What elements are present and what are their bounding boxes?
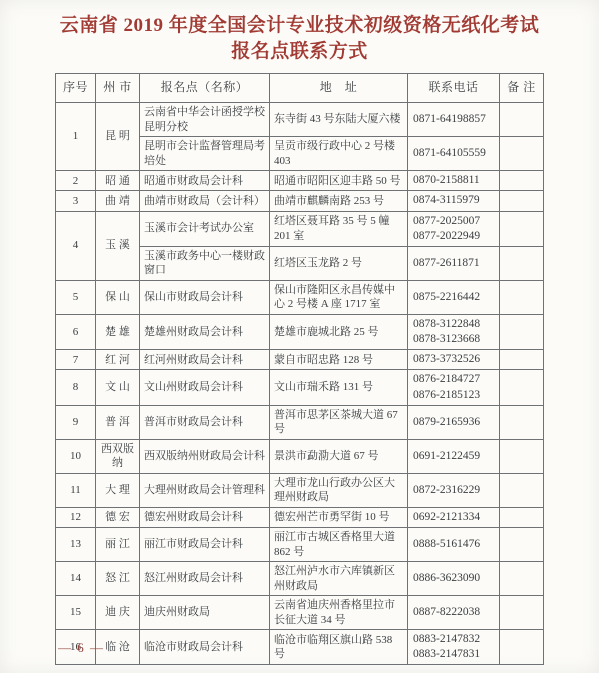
header-serial-number: 序号 — [56, 74, 96, 103]
site-name-cell: 大理州财政局会计管理科 — [140, 473, 270, 507]
site-name-cell: 德宏州财政局会计科 — [140, 507, 270, 527]
address-cell: 临沧市临翔区旗山路 538 号 — [270, 630, 408, 665]
note-cell — [500, 103, 544, 137]
city-cell: 红 河 — [96, 350, 140, 370]
registration-contact-table: 序号 州 市 报名点（名称） 地 址 联系电话 备 注 1昆 明云南省中华会计函… — [55, 73, 544, 665]
note-cell — [500, 405, 544, 439]
site-name-cell: 曲靖市财政局（会计科） — [140, 191, 270, 211]
phone-cell: 0871-64198857 — [408, 103, 500, 137]
row-number-cell: 7 — [56, 350, 96, 370]
row-number-cell: 11 — [56, 473, 96, 507]
site-name-cell: 迪庆州财政局 — [140, 596, 270, 630]
note-cell — [500, 191, 544, 211]
table-row: 4玉 溪玉溪市会计考试办公室红塔区聂耳路 35 号 5 幢 201 室0877-… — [56, 211, 544, 246]
table-row: 15迪 庆迪庆州财政局云南省迪庆州香格里拉市长征大道 34 号0887-8222… — [56, 596, 544, 630]
city-cell: 昭 通 — [96, 171, 140, 191]
row-number-cell: 1 — [56, 103, 96, 171]
site-name-cell: 怒江州财政局会计科 — [140, 562, 270, 596]
phone-cell: 0873-3732526 — [408, 350, 500, 370]
city-cell: 丽 江 — [96, 528, 140, 562]
site-name-cell: 临沧市财政局会计科 — [140, 630, 270, 665]
table-row: 16临 沧临沧市财政局会计科临沧市临翔区旗山路 538 号0883-214783… — [56, 630, 544, 665]
address-cell: 丽江市古城区香格里大道 862 号 — [270, 528, 408, 562]
table-row: 11大 理大理州财政局会计管理科大理市龙山行政办公区大理州财政局0872-231… — [56, 473, 544, 507]
site-name-cell: 丽江市财政局会计科 — [140, 528, 270, 562]
row-number-cell: 6 — [56, 314, 96, 349]
site-name-cell: 保山市财政局会计科 — [140, 280, 270, 314]
note-cell — [500, 630, 544, 665]
phone-cell: 0876-2184727 0876-2185123 — [408, 370, 500, 405]
address-cell: 呈贡市级行政中心 2 号楼 403 — [270, 137, 408, 171]
row-number-cell: 2 — [56, 171, 96, 191]
note-cell — [500, 528, 544, 562]
address-cell: 红塔区玉龙路 2 号 — [270, 246, 408, 280]
address-cell: 昭通市昭阳区迎丰路 50 号 — [270, 171, 408, 191]
city-cell: 怒 江 — [96, 562, 140, 596]
note-cell — [500, 370, 544, 405]
address-cell: 普洱市思茅区茶城大道 67 号 — [270, 405, 408, 439]
table-row: 1昆 明云南省中华会计函授学校昆明分校东寺街 43 号东陆大厦六楼0871-64… — [56, 103, 544, 137]
site-name-cell: 云南省中华会计函授学校昆明分校 — [140, 103, 270, 137]
table-row: 9普 洱普洱市财政局会计科普洱市思茅区茶城大道 67 号0879-2165936 — [56, 405, 544, 439]
site-name-cell: 昆明市会计监督管理局考培处 — [140, 137, 270, 171]
note-cell — [500, 473, 544, 507]
header-prefecture-city: 州 市 — [96, 74, 140, 103]
table-row: 8文 山文山州财政局会计科文山市瑞禾路 131 号0876-2184727 08… — [56, 370, 544, 405]
row-number-cell: 15 — [56, 596, 96, 630]
city-cell: 迪 庆 — [96, 596, 140, 630]
city-cell: 玉 溪 — [96, 211, 140, 280]
phone-cell: 0879-2165936 — [408, 405, 500, 439]
site-name-cell: 楚雄州财政局会计科 — [140, 314, 270, 349]
row-number-cell: 4 — [56, 211, 96, 280]
row-number-cell: 13 — [56, 528, 96, 562]
document-title-line2: 报名点联系方式 — [0, 39, 599, 65]
note-cell — [500, 314, 544, 349]
phone-cell: 0887-8222038 — [408, 596, 500, 630]
city-cell: 文 山 — [96, 370, 140, 405]
note-cell — [500, 211, 544, 246]
city-cell: 德 宏 — [96, 507, 140, 527]
city-cell: 曲 靖 — [96, 191, 140, 211]
phone-cell: 0877-2025007 0877-2022949 — [408, 211, 500, 246]
site-name-cell: 普洱市财政局会计科 — [140, 405, 270, 439]
city-cell: 楚 雄 — [96, 314, 140, 349]
row-number-cell: 10 — [56, 439, 96, 473]
note-cell — [500, 507, 544, 527]
row-number-cell: 14 — [56, 562, 96, 596]
table-row: 13丽 江丽江市财政局会计科丽江市古城区香格里大道 862 号0888-5161… — [56, 528, 544, 562]
page-number: — 6 — — [58, 640, 105, 656]
note-cell — [500, 137, 544, 171]
row-number-cell: 8 — [56, 370, 96, 405]
table-row: 14怒 江怒江州财政局会计科怒江州泸水市六库镇新区州财政局0886-362309… — [56, 562, 544, 596]
row-number-cell: 12 — [56, 507, 96, 527]
address-cell: 大理市龙山行政办公区大理州财政局 — [270, 473, 408, 507]
phone-cell: 0878-3122848 0878-3123668 — [408, 314, 500, 349]
table-row: 12德 宏德宏州财政局会计科德宏州芒市勇罕街 10 号0692-2121334 — [56, 507, 544, 527]
table-row: 10西双版纳西双版纳州财政局会计科景洪市勐泐大道 67 号0691-212245… — [56, 439, 544, 473]
phone-cell: 0886-3623090 — [408, 562, 500, 596]
site-name-cell: 西双版纳州财政局会计科 — [140, 439, 270, 473]
phone-cell: 0877-2611871 — [408, 246, 500, 280]
header-contact-phone: 联系电话 — [408, 74, 500, 103]
phone-cell: 0875-2216442 — [408, 280, 500, 314]
note-cell — [500, 562, 544, 596]
note-cell — [500, 246, 544, 280]
document-title: 云南省 2019 年度全国会计专业技术初级资格无纸化考试 报名点联系方式 — [0, 0, 599, 64]
address-cell: 蒙自市昭忠路 128 号 — [270, 350, 408, 370]
table-row: 6楚 雄楚雄州财政局会计科楚雄市鹿城北路 25 号0878-3122848 08… — [56, 314, 544, 349]
site-name-cell: 昭通市财政局会计科 — [140, 171, 270, 191]
address-cell: 景洪市勐泐大道 67 号 — [270, 439, 408, 473]
city-cell: 西双版纳 — [96, 439, 140, 473]
site-name-cell: 玉溪市会计考试办公室 — [140, 211, 270, 246]
address-cell: 红塔区聂耳路 35 号 5 幢 201 室 — [270, 211, 408, 246]
address-cell: 云南省迪庆州香格里拉市长征大道 34 号 — [270, 596, 408, 630]
address-cell: 保山市隆阳区永昌传媒中心 2 号楼 A 座 1717 室 — [270, 280, 408, 314]
phone-cell: 0874-3115979 — [408, 191, 500, 211]
address-cell: 德宏州芒市勇罕街 10 号 — [270, 507, 408, 527]
phone-cell: 0692-2121334 — [408, 507, 500, 527]
city-cell: 大 理 — [96, 473, 140, 507]
row-number-cell: 9 — [56, 405, 96, 439]
address-cell: 怒江州泸水市六库镇新区州财政局 — [270, 562, 408, 596]
header-remarks: 备 注 — [500, 74, 544, 103]
note-cell — [500, 171, 544, 191]
phone-cell: 0888-5161476 — [408, 528, 500, 562]
note-cell — [500, 439, 544, 473]
phone-cell: 0883-2147832 0883-2147831 — [408, 630, 500, 665]
phone-cell: 0872-2316229 — [408, 473, 500, 507]
site-name-cell: 文山州财政局会计科 — [140, 370, 270, 405]
address-cell: 曲靖市麒麟南路 253 号 — [270, 191, 408, 211]
header-address: 地 址 — [270, 74, 408, 103]
header-registration-point: 报名点（名称） — [140, 74, 270, 103]
contact-table-body: 1昆 明云南省中华会计函授学校昆明分校东寺街 43 号东陆大厦六楼0871-64… — [56, 103, 544, 665]
site-name-cell: 红河州财政局会计科 — [140, 350, 270, 370]
scanned-document-page: 云南省 2019 年度全国会计专业技术初级资格无纸化考试 报名点联系方式 序号 … — [0, 0, 599, 673]
row-number-cell: 3 — [56, 191, 96, 211]
table-header-row: 序号 州 市 报名点（名称） 地 址 联系电话 备 注 — [56, 74, 544, 103]
city-cell: 昆 明 — [96, 103, 140, 171]
city-cell: 普 洱 — [96, 405, 140, 439]
note-cell — [500, 280, 544, 314]
note-cell — [500, 596, 544, 630]
table-row: 2昭 通昭通市财政局会计科昭通市昭阳区迎丰路 50 号0870-2158811 — [56, 171, 544, 191]
phone-cell: 0871-64105559 — [408, 137, 500, 171]
site-name-cell: 玉溪市政务中心一楼财政窗口 — [140, 246, 270, 280]
city-cell: 保 山 — [96, 280, 140, 314]
address-cell: 文山市瑞禾路 131 号 — [270, 370, 408, 405]
phone-cell: 0691-2122459 — [408, 439, 500, 473]
address-cell: 东寺街 43 号东陆大厦六楼 — [270, 103, 408, 137]
table-row: 3曲 靖曲靖市财政局（会计科）曲靖市麒麟南路 253 号0874-3115979 — [56, 191, 544, 211]
address-cell: 楚雄市鹿城北路 25 号 — [270, 314, 408, 349]
note-cell — [500, 350, 544, 370]
row-number-cell: 5 — [56, 280, 96, 314]
table-row: 5保 山保山市财政局会计科保山市隆阳区永昌传媒中心 2 号楼 A 座 1717 … — [56, 280, 544, 314]
phone-cell: 0870-2158811 — [408, 171, 500, 191]
table-row: 7红 河红河州财政局会计科蒙自市昭忠路 128 号0873-3732526 — [56, 350, 544, 370]
document-title-line1: 云南省 2019 年度全国会计专业技术初级资格无纸化考试 — [0, 13, 599, 39]
